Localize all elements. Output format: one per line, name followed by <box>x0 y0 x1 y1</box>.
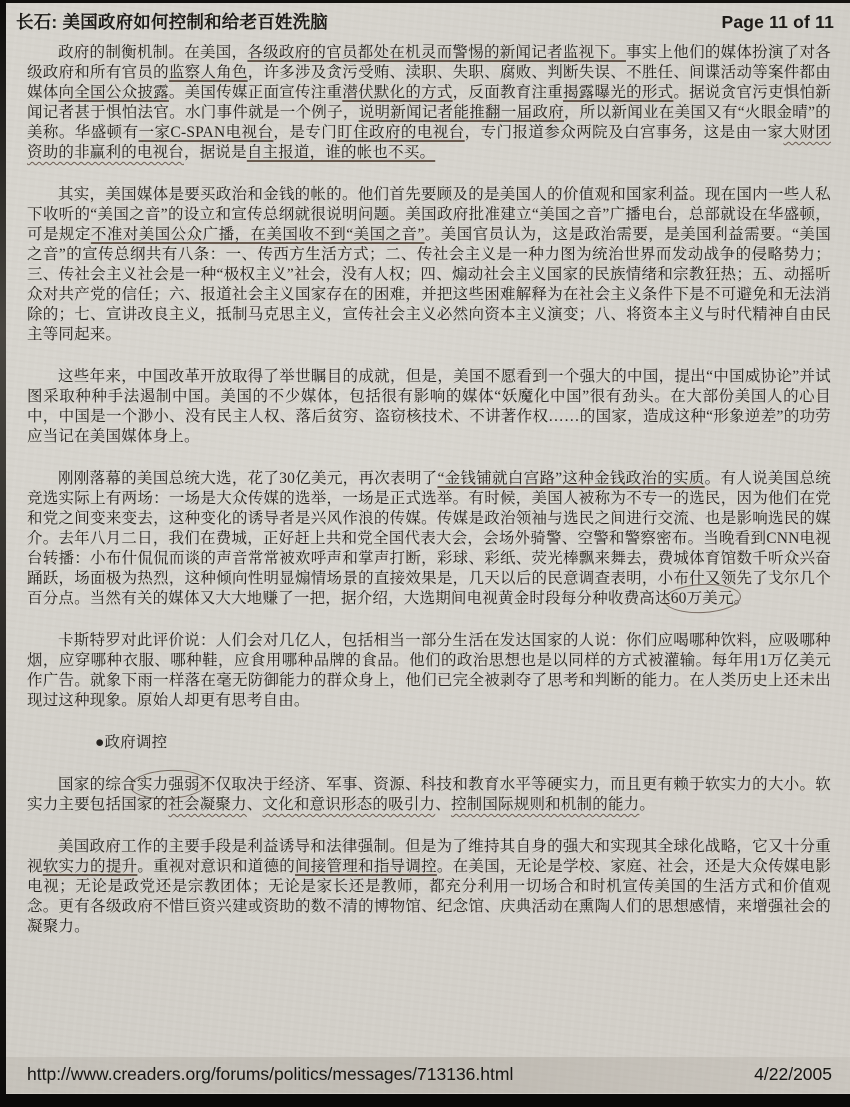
pen-underline-annotation: 说明新闻记者能推翻一届政府 <box>359 104 564 121</box>
paragraph: 美国政府工作的主要手段是利益诱导和法律强制。但是为了维持其自身的强大和实现其全球… <box>27 837 831 937</box>
text-segment: 国家的综合 <box>58 776 137 793</box>
print-footer: http://www.creaders.org/forums/politics/… <box>27 1064 832 1085</box>
pen-underline-annotation: 潜伏默化的方式 <box>342 84 452 101</box>
pen-underline-annotation: 不准对美国公众广播，在美国收不到“美国之音” <box>91 226 425 243</box>
section-heading: ●政府调控 <box>95 733 831 753</box>
text-segment: 。有人说美国总统竞选实际上有两场：一场是大众传媒的选举，一场是正式选举。有时候，… <box>27 470 831 607</box>
page-number-label: Page 11 of 11 <box>721 12 834 33</box>
text-segment: ，专门报道参众两院及白宫事务，这是由一家 <box>465 124 784 141</box>
print-header: 长石: 美国政府如何控制和给老百姓洗脑 Page 11 of 11 <box>16 9 834 34</box>
text-segment: 政府的制衡机制。在美国， <box>58 44 247 61</box>
pen-underline-annotation: “金钱铺就白宫路”这种金钱政治的实质 <box>437 470 704 487</box>
page-title: 长石: 美国政府如何控制和给老百姓洗脑 <box>16 9 328 34</box>
paragraph: 刚刚落幕的美国总统大选，花了30亿美元，再次表明了“金钱铺就白宫路”这种金钱政治… <box>27 469 831 609</box>
pen-underline-annotation: 自主报道，谁的帐也不买。 <box>247 144 435 161</box>
text-segment: 刚刚落幕的美国总统大选，花了30亿美元，再次表明了 <box>58 470 437 487</box>
text-segment: 、 <box>247 796 263 813</box>
text-segment: ，据说是 <box>184 144 247 161</box>
pen-circle-annotation: 60万美元 <box>671 589 734 609</box>
pen-underline-annotation: 盯住政府的电视台 <box>337 124 465 141</box>
pen-underline-annotation: 监察人角色 <box>169 64 248 81</box>
text-segment: 卡斯特罗对此评价说：人们会对几亿人，包括相当一部分生活在发达国家的人说：你们应喝… <box>27 632 831 709</box>
paragraph: 政府的制衡机制。在美国，各级政府的官员都处在机灵而警惕的新闻记者监视下。事实上他… <box>27 43 831 163</box>
scan-edge-top <box>0 0 850 3</box>
pen-underline-annotation: 一家C-SPAN电视台 <box>139 124 274 141</box>
text-segment: 。 <box>639 796 655 813</box>
text-segment: 这些年来，中国改革开放取得了举世瞩目的成就，但是，美国不愿看到一个强大的中国，提… <box>27 368 831 445</box>
text-segment: 。美国传媒正面宣传注重 <box>169 84 342 101</box>
pen-circle-annotation: 实力强弱 <box>137 775 200 795</box>
pen-wavy-annotation: 文化和意识形态的吸引力 <box>263 796 436 813</box>
scan-edge-left <box>0 0 6 1107</box>
document-body: 政府的制衡机制。在美国，各级政府的官员都处在机灵而警惕的新闻记者监视下。事实上他… <box>27 43 831 959</box>
paragraph: 卡斯特罗对此评价说：人们会对几亿人，包括相当一部分生活在发达国家的人说：你们应喝… <box>27 631 831 711</box>
pen-underline-annotation: 软实力的提升 <box>43 858 138 875</box>
text-segment: 。重视对意识和道德的 <box>137 858 295 875</box>
pen-underline-annotation: 间接管理和指导调控 <box>295 858 437 875</box>
scanned-document-page: 长石: 美国政府如何控制和给老百姓洗脑 Page 11 of 11 政府的制衡机… <box>0 0 850 1107</box>
text-segment: ，是专门 <box>273 124 337 141</box>
paragraph: 这些年来，中国改革开放取得了举世瞩目的成就，但是，美国不愿看到一个强大的中国，提… <box>27 367 831 447</box>
source-url: http://www.creaders.org/forums/politics/… <box>27 1064 513 1085</box>
paragraph: 国家的综合实力强弱不仅取决于经济、军事、资源、科技和教育水平等硬实力，而且更有赖… <box>27 775 831 815</box>
print-date: 4/22/2005 <box>754 1064 832 1085</box>
text-segment: ，反面教育注重 <box>453 84 563 101</box>
text-segment: 、 <box>435 796 451 813</box>
pen-underline-annotation: 向全国公众披露 <box>59 84 169 101</box>
scan-edge-bottom <box>0 1094 850 1107</box>
pen-underline-annotation: 揭露曝光的形式 <box>563 84 673 101</box>
text-segment: 。美国官员认为，这是政治需要，是美国利益需要。“美国之音”的宣传总纲共有八条：一… <box>27 226 831 343</box>
pen-underline-annotation: 各级政府的官员都处在机灵而警惕的新闻记者监视下。 <box>247 44 626 61</box>
pen-wavy-annotation: 控制国际规则和机制的能力 <box>451 796 639 813</box>
paragraph: 其实，美国媒体是要买政治和金钱的帐的。他们首先要顾及的是美国人的价值观和国家利益… <box>27 185 831 345</box>
text-segment: 。 <box>734 590 750 607</box>
pen-wavy-annotation: 社会凝聚力 <box>168 796 247 813</box>
